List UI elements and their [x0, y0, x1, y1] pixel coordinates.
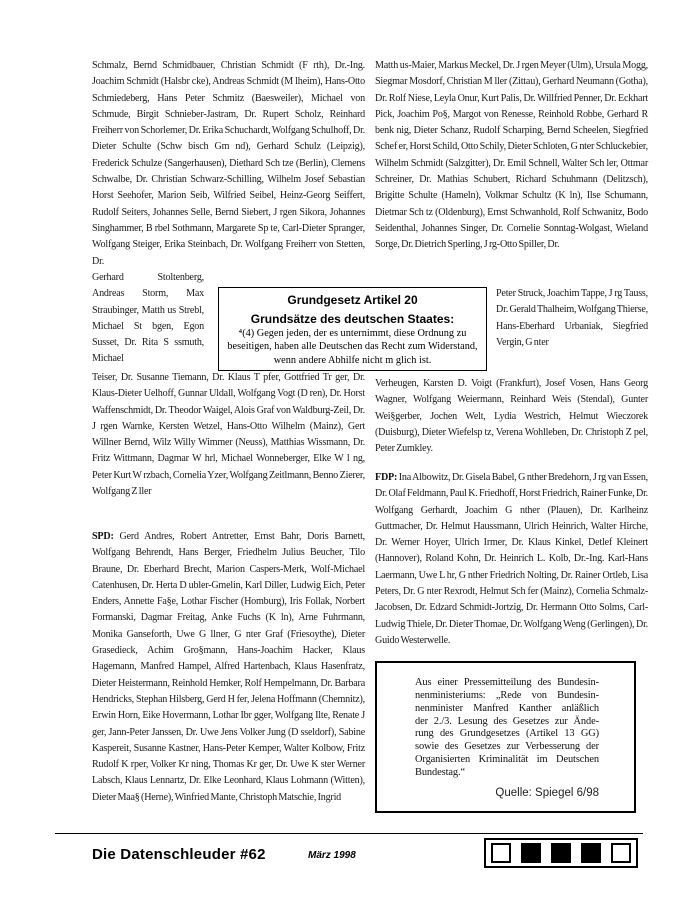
fdp-names: Ina Albowitz, Dr. Gisela Babel, G nther … [375, 472, 648, 646]
magazine-page: Schmalz, Bernd Schmidbauer, Christian Sc… [0, 0, 700, 906]
cdu-csu-names-after-box: Teiser, Dr. Susanne Tiemann, Dr. Klaus T… [92, 370, 365, 517]
grundgesetz-box: Grundgesetz Artikel 20 Grundsätze des de… [218, 287, 487, 371]
page-footer: Die Datenschleuder #62 März 1998 [0, 833, 700, 906]
press-quote-line: nenministeriums: „Rede von Bundesin- [415, 690, 599, 703]
filled-square-mark [581, 843, 601, 863]
press-quote-line: Bundestag.“ [415, 767, 599, 780]
right-column: Matth us-Maier, Markus Meckel, Dr. J rge… [375, 58, 648, 813]
press-quote-text: Aus einer Pressemitteilung des Bundesin-… [415, 677, 599, 779]
spd-names-continued: Matth us-Maier, Markus Meckel, Dr. J rge… [375, 58, 648, 286]
cdu-csu-names-continued: Schmalz, Bernd Schmidbauer, Christian Sc… [92, 58, 365, 270]
registration-marks [484, 838, 638, 868]
fdp-party-label: FDP: [375, 472, 397, 483]
press-quote-line: Organisierten Kriminalität im Deutschen [415, 754, 599, 767]
press-quote-box: Aus einer Pressemitteilung des Bundesin-… [375, 661, 636, 812]
cdu-csu-names-beside-box: Gerhard Stoltenberg, Andreas Storm, Max … [92, 270, 204, 370]
left-column: Schmalz, Bernd Schmidbauer, Christian Sc… [92, 58, 365, 806]
grundgesetz-title: Grundgesetz Artikel 20 [223, 293, 482, 307]
press-quote-line: sowie des Gesetzes zur Verbesserung der [415, 741, 599, 754]
spd-names: Gerd Andres, Robert Antretter, Ernst Bah… [92, 531, 365, 803]
grundgesetz-body: ⁴(4) Gegen jeden, der es unternimmt, die… [226, 327, 479, 367]
press-quote-source: Quelle: Spiegel 6/98 [415, 787, 599, 799]
issue-date: März 1998 [308, 850, 356, 861]
spd-party-label: SPD: [92, 531, 114, 542]
footer-rule [55, 833, 643, 834]
grundgesetz-subtitle: Grundsätze des deutschen Staates: [223, 312, 482, 326]
filled-square-mark [551, 843, 571, 863]
spd-names-paragraph: SPD: Gerd Andres, Robert Antretter, Erns… [92, 529, 365, 806]
outline-square-mark [611, 843, 631, 863]
press-quote-line: der 2./3. Lesung des Gesetzes zur Ände- [415, 716, 599, 729]
spd-names-after-box: Verheugen, Karsten D. Voigt (Frankfurt),… [375, 376, 648, 458]
spd-names-beside-box: Peter Struck, Joachim Tappe, J rg Tauss,… [496, 286, 648, 376]
outline-square-mark [491, 843, 511, 863]
filled-square-mark [521, 843, 541, 863]
press-quote-line: Aus einer Pressemitteilung des Bundesin- [415, 677, 599, 690]
press-quote-line: rung des Grundgesetzes (Artikel 13 GG) [415, 728, 599, 741]
magazine-title: Die Datenschleuder #62 [92, 846, 266, 863]
press-quote-line: nenminister Manfred Kanther anläßlich [415, 703, 599, 716]
fdp-names-paragraph: FDP: Ina Albowitz, Dr. Gisela Babel, G n… [375, 470, 648, 649]
